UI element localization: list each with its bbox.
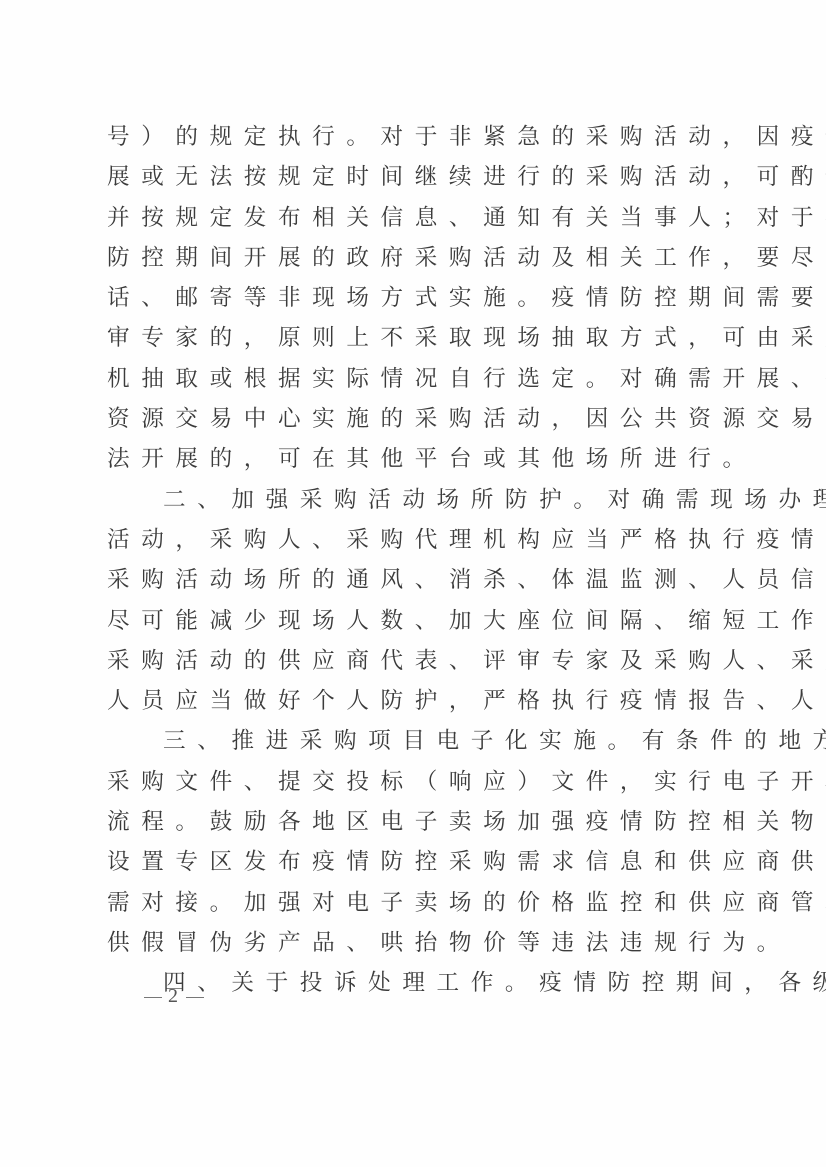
text-line: 号）的规定执行。对于非紧急的采购活动，因疫情防控而无法开 [107,117,723,157]
text-line: 机抽取或根据实际情况自行选定。对确需开展、按规定应在公共 [107,359,723,399]
text-line: 需对接。加强对电子卖场的价格监控和供应商管理，依法处理提 [107,883,723,923]
text-line: 人员应当做好个人防护，严格执行疫情报告、人员隔离等要求。 [107,681,723,721]
text-line: 并按规定发布相关信息、通知有关当事人；对于确有必要在疫情 [107,198,723,238]
text-line: 采购活动场所的通风、消杀、体温监测、人员信息登记等工作， [107,560,723,600]
text-line: 流程。鼓励各地区电子卖场加强疫情防控相关物资的货源组织， [107,802,723,842]
text-line: 采购文件、提交投标（响应）文件，实行电子开标、电子评审等 [107,762,723,802]
section-heading-line: 三、推进采购项目电子化实施。有条件的地方尽量在线提供 [107,721,723,761]
text-line: 展或无法按规定时间继续进行的采购活动，可酌情暂停或延期， [107,157,723,197]
paragraph-section-2-site-protection: 二、加强采购活动场所防护。对确需现场办理或开展的采购 活动，采购人、采购代理机构… [107,480,723,722]
page-number-value: 2 [168,985,180,1007]
dash-right [186,997,204,998]
dash-left [144,997,162,998]
paragraph-section-3-e-procurement: 三、推进采购项目电子化实施。有条件的地方尽量在线提供 采购文件、提交投标（响应）… [107,721,723,963]
text-line: 活动，采购人、采购代理机构应当严格执行疫情防控要求，做好 [107,520,723,560]
text-line: 资源交易中心实施的采购活动，因公共资源交易中心暂停业务无 [107,399,723,439]
document-page: 号）的规定执行。对于非紧急的采购活动，因疫情防控而无法开 展或无法按规定时间继续… [0,0,826,1167]
section-heading-line: 二、加强采购活动场所防护。对确需现场办理或开展的采购 [107,480,723,520]
document-body: 号）的规定执行。对于非紧急的采购活动，因疫情防控而无法开 展或无法按规定时间继续… [107,117,723,1004]
text-line: 审专家的，原则上不采取现场抽取方式，可由采购人通过网络随 [107,318,723,358]
text-line: 采购活动的供应商代表、评审专家及采购人、采购代理机构工作 [107,641,723,681]
paragraph-procurement-suspension: 号）的规定执行。对于非紧急的采购活动，因疫情防控而无法开 展或无法按规定时间继续… [107,117,723,480]
text-line: 设置专区发布疫情防控采购需求信息和供应商供应信息，促进供 [107,842,723,882]
text-line: 话、邮寄等非现场方式实施。疫情防控期间需要选取政府采购评 [107,278,723,318]
text-line: 供假冒伪劣产品、哄抬物价等违法违规行为。 [107,923,723,963]
text-line: 法开展的，可在其他平台或其他场所进行。 [107,439,723,479]
page-number: 2 [138,985,210,1008]
text-line: 防控期间开展的政府采购活动及相关工作，要尽量选择网络、电 [107,238,723,278]
text-line: 尽可能减少现场人数、加大座位间隔、缩短工作时间。参加政府 [107,601,723,641]
